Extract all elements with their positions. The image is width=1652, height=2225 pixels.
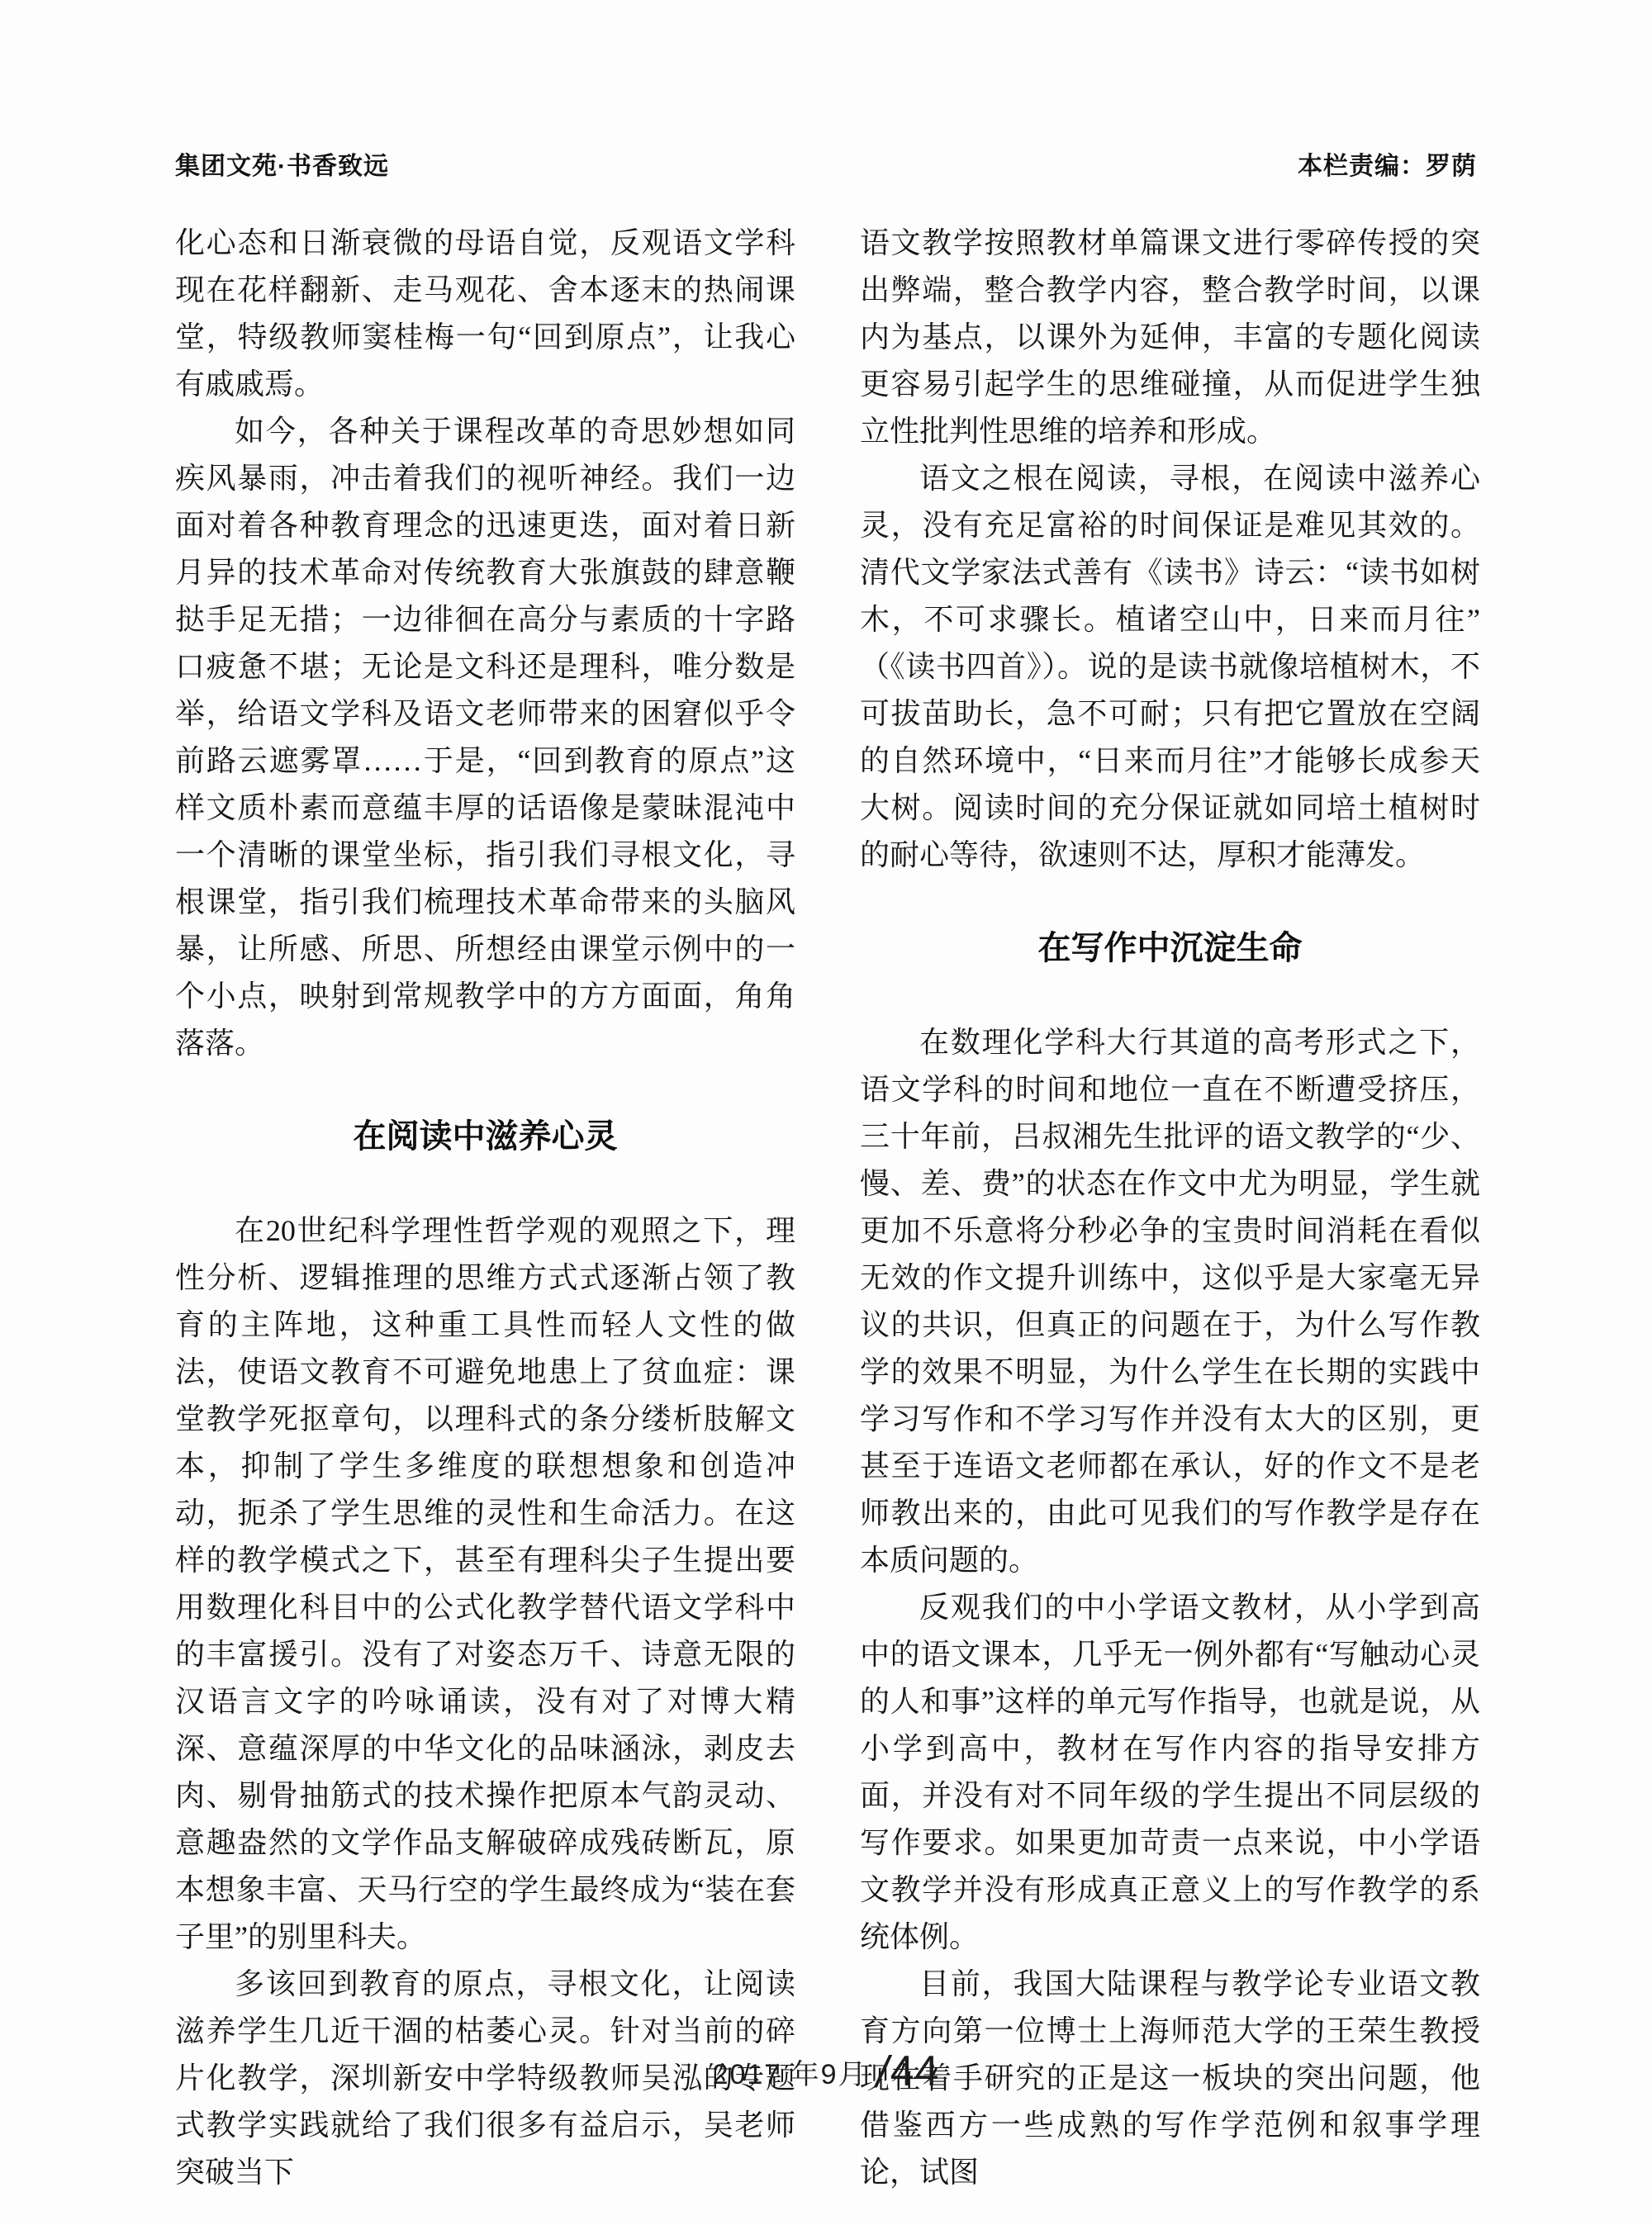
magazine-page: 集团文苑·书香致远 本栏责编：罗荫 化心态和日渐衰微的母语自觉，反观语文学科现在…: [0, 0, 1652, 2225]
column-section-title: 集团文苑·书香致远: [175, 145, 389, 182]
section-heading-writing: 在写作中沉淀生命: [860, 923, 1480, 973]
right-column: 语文教学按照教材单篇课文进行零碎传授的突出弊端，整合教学内容，整合教学时间，以课…: [860, 220, 1480, 2196]
footer-slash: /: [876, 2047, 889, 2097]
editor-credit: 本栏责编：罗荫: [1298, 145, 1477, 182]
footer-date: 2017 年9月: [713, 2059, 868, 2090]
paragraph: 语文教学按照教材单篇课文进行零碎传授的突出弊端，整合教学内容，整合教学时间，以课…: [860, 220, 1480, 455]
page-footer: 2017 年9月/44: [0, 2047, 1652, 2098]
section-heading-reading: 在阅读中滋养心灵: [175, 1112, 795, 1161]
paragraph: 在数理化学科大行其道的高考形式之下，语文学科的时间和地位一直在不断遭受挤压，三十…: [860, 1019, 1480, 1584]
page-header: 集团文苑·书香致远 本栏责编：罗荫: [175, 145, 1477, 182]
left-column: 化心态和日渐衰微的母语自觉，反观语文学科现在花样翻新、走马观花、舍本逐末的热闹课…: [175, 220, 795, 2196]
paragraph: 化心态和日渐衰微的母语自觉，反观语文学科现在花样翻新、走马观花、舍本逐末的热闹课…: [175, 220, 795, 408]
paragraph: 在20世纪科学理性哲学观的观照之下，理性分析、逻辑推理的思维方式式逐渐占领了教育…: [175, 1207, 795, 1961]
article-body: 化心态和日渐衰微的母语自觉，反观语文学科现在花样翻新、走马观花、舍本逐末的热闹课…: [175, 220, 1480, 2196]
paragraph: 反观我们的中小学语文教材，从小学到高中的语文课本，几乎无一例外都有“写触动心灵的…: [860, 1584, 1480, 1961]
footer-page-number: 44: [890, 2047, 940, 2095]
paragraph: 如今，各种关于课程改革的奇思妙想如同疾风暴雨，冲击着我们的视听神经。我们一边面对…: [175, 408, 795, 1067]
paragraph: 语文之根在阅读，寻根，在阅读中滋养心灵，没有充足富裕的时间保证是难见其效的。清代…: [860, 455, 1480, 879]
